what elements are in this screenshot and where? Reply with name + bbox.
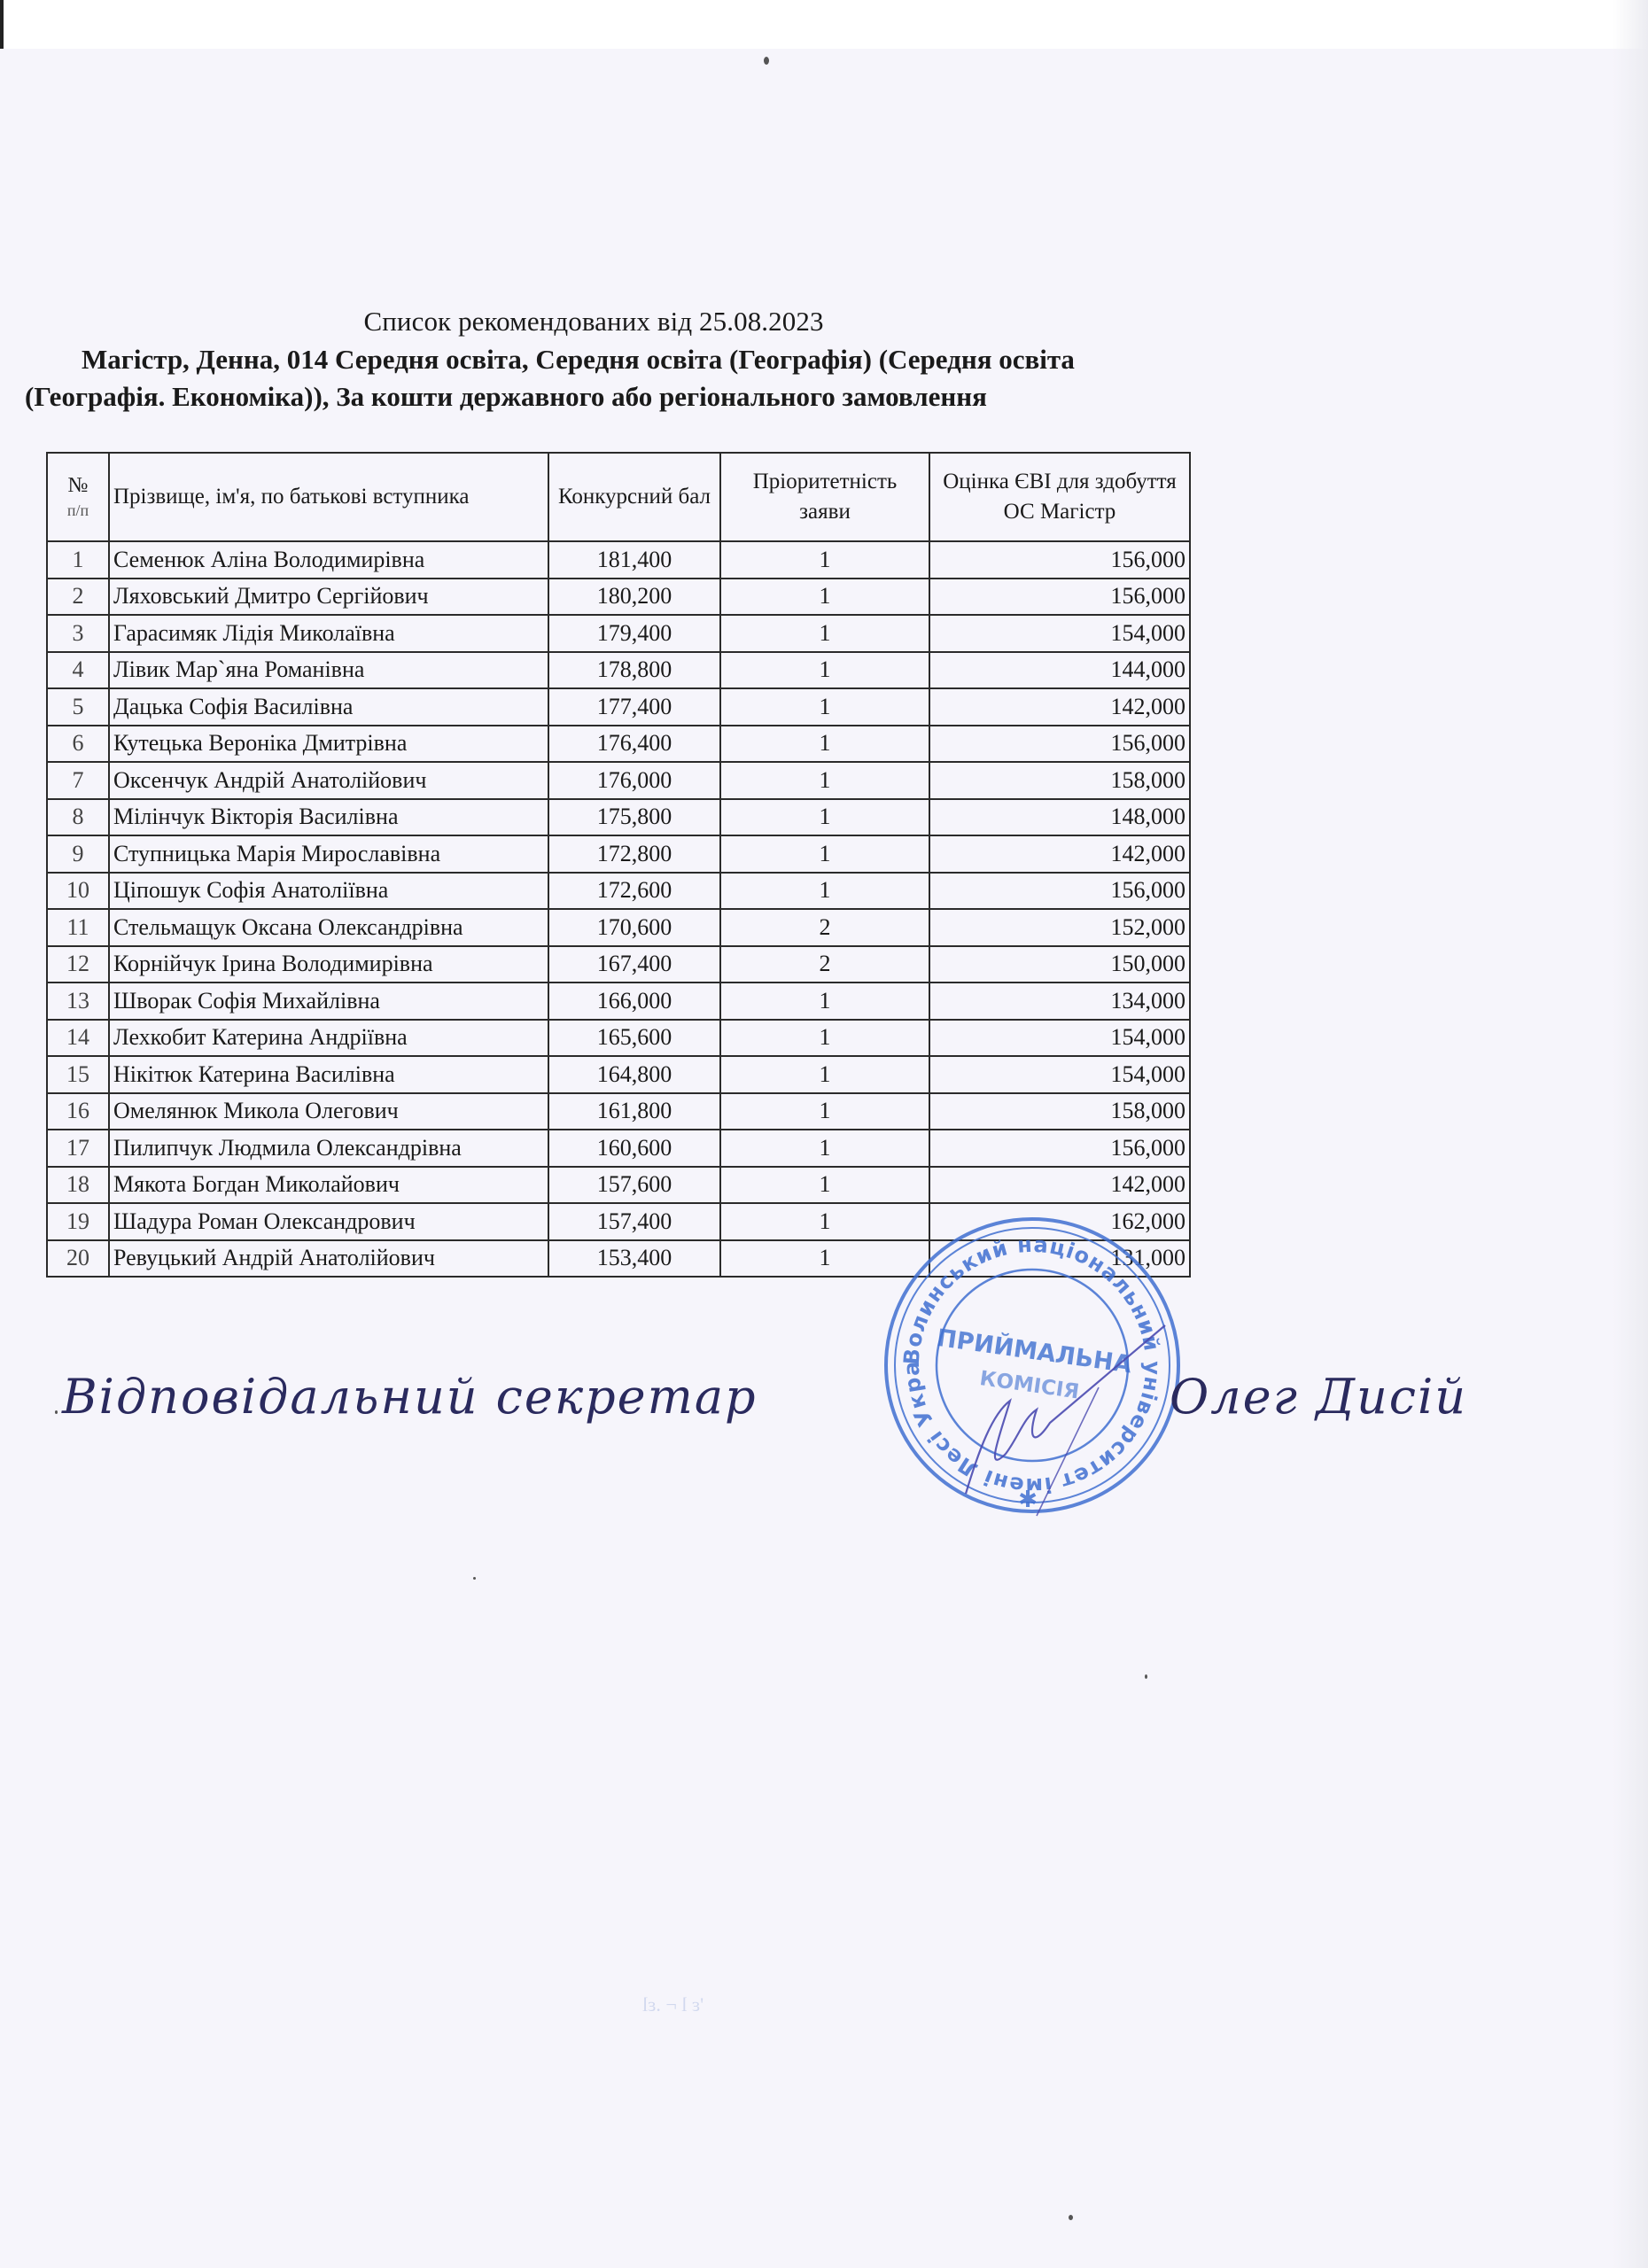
applicant-name: Ціпошук Софія Анатоліївна — [109, 873, 548, 910]
applicant-name: Дацька Софія Василівна — [109, 688, 548, 726]
header-evi-score: Оцінка ЄВІ для здобуття ОС Магістр — [929, 453, 1190, 541]
table-row: 10Ціпошук Софія Анатоліївна172,6001156,0… — [47, 873, 1190, 910]
header-number: № п/п — [47, 453, 109, 541]
applicant-name: Шворак Софія Михайлівна — [109, 983, 548, 1020]
row-number: 13 — [47, 983, 109, 1020]
application-priority: 1 — [720, 1093, 929, 1130]
header-evi-score-label: Оцінка ЄВІ для здобуття ОС Магістр — [943, 470, 1177, 524]
competitive-score: 176,000 — [548, 762, 720, 799]
application-priority: 1 — [720, 1056, 929, 1093]
row-number: 17 — [47, 1130, 109, 1167]
applicant-name: Шадура Роман Олександрович — [109, 1203, 548, 1240]
evi-score: 142,000 — [929, 835, 1190, 873]
row-number: 3 — [47, 615, 109, 652]
scanner-edge — [0, 0, 4, 49]
table-row: 18Мякота Богдан Миколайович157,6001142,0… — [47, 1167, 1190, 1204]
applicant-name: Гарасимяк Лідія Миколаївна — [109, 615, 548, 652]
application-priority: 1 — [720, 762, 929, 799]
applicant-name: Корнійчук Ірина Володимирівна — [109, 946, 548, 983]
applicant-name: Пилипчук Людмила Олександрівна — [109, 1130, 548, 1167]
header-priority: Пріоритетність заяви — [720, 453, 929, 541]
table-row: 2Ляховський Дмитро Сергійович180,2001156… — [47, 579, 1190, 616]
header-number-symbol: № — [51, 472, 105, 499]
table-row: 5Дацька Софія Василівна177,4001142,000 — [47, 688, 1190, 726]
table-body: 1Семенюк Аліна Володимирівна181,4001156,… — [47, 541, 1190, 1277]
application-priority: 1 — [720, 1167, 929, 1204]
table-row: 7Оксенчук Андрій Анатолійович176,0001158… — [47, 762, 1190, 799]
application-priority: 1 — [720, 652, 929, 689]
row-number: 10 — [47, 873, 109, 910]
table-row: 8Мілінчук Вікторія Василівна175,8001148,… — [47, 799, 1190, 836]
competitive-score: 181,400 — [548, 541, 720, 579]
evi-score: 134,000 — [929, 983, 1190, 1020]
evi-score: 148,000 — [929, 799, 1190, 836]
show-through-mark: 'ɛ l ⌐ .ɛl — [642, 1993, 704, 2016]
document-title: Список рекомендованих від 25.08.2023 — [0, 306, 1187, 338]
application-priority: 1 — [720, 983, 929, 1020]
table-row: 17Пилипчук Людмила Олександрівна160,6001… — [47, 1130, 1190, 1167]
stamp-star-icon: ✱ — [1018, 1487, 1038, 1513]
competitive-score: 167,400 — [548, 946, 720, 983]
evi-score: 142,000 — [929, 688, 1190, 726]
evi-score: 154,000 — [929, 1020, 1190, 1057]
competitive-score: 166,000 — [548, 983, 720, 1020]
header-full-name: Прізвище, ім'я, по батькові вступника — [109, 453, 548, 541]
row-number: 19 — [47, 1203, 109, 1240]
header-number-sub: п/п — [51, 499, 105, 522]
application-priority: 1 — [720, 1020, 929, 1057]
application-priority: 1 — [720, 835, 929, 873]
applicant-name: Ревуцький Андрій Анатолійович — [109, 1240, 548, 1278]
table-row: 16Омелянюк Микола Олегович161,8001158,00… — [47, 1093, 1190, 1130]
application-priority: 1 — [720, 615, 929, 652]
application-priority: 1 — [720, 1130, 929, 1167]
evi-score: 156,000 — [929, 579, 1190, 616]
row-number: 15 — [47, 1056, 109, 1093]
recommended-applicants-table: № п/п Прізвище, ім'я, по батькові вступн… — [46, 452, 1191, 1278]
competitive-score: 157,600 — [548, 1167, 720, 1204]
application-priority: 1 — [720, 688, 929, 726]
table-row: 14Лехкобит Катерина Андріївна165,6001154… — [47, 1020, 1190, 1057]
competitive-score: 160,600 — [548, 1130, 720, 1167]
evi-score: 156,000 — [929, 873, 1190, 910]
applicant-name: Лехкобит Катерина Андріївна — [109, 1020, 548, 1057]
evi-score: 142,000 — [929, 1167, 1190, 1204]
evi-score: 158,000 — [929, 762, 1190, 799]
row-number: 20 — [47, 1240, 109, 1278]
scan-speck — [1145, 1674, 1147, 1679]
applicant-name: Кутецька Вероніка Дмитрівна — [109, 726, 548, 763]
table-row: 6Кутецька Вероніка Дмитрівна176,4001156,… — [47, 726, 1190, 763]
row-number: 18 — [47, 1167, 109, 1204]
row-number: 14 — [47, 1020, 109, 1057]
signature-line: Відповідальний секретар Олег Дисій — [62, 1369, 1480, 1449]
competitive-score: 157,400 — [548, 1203, 720, 1240]
row-number: 16 — [47, 1093, 109, 1130]
evi-score: 156,000 — [929, 541, 1190, 579]
competitive-score: 172,800 — [548, 835, 720, 873]
table-header-row: № п/п Прізвище, ім'я, по батькові вступн… — [47, 453, 1190, 541]
row-number: 2 — [47, 579, 109, 616]
applicant-name: Омелянюк Микола Олегович — [109, 1093, 548, 1130]
table-row: 11Стельмащук Оксана Олександрівна170,600… — [47, 909, 1190, 946]
application-priority: 1 — [720, 579, 929, 616]
evi-score: 156,000 — [929, 1130, 1190, 1167]
applicant-name: Нікітюк Катерина Василівна — [109, 1056, 548, 1093]
applicant-name: Ступницька Марія Мирославівна — [109, 835, 548, 873]
competitive-score: 165,600 — [548, 1020, 720, 1057]
competitive-score: 180,200 — [548, 579, 720, 616]
competitive-score: 164,800 — [548, 1056, 720, 1093]
evi-score: 150,000 — [929, 946, 1190, 983]
application-priority: 1 — [720, 541, 929, 579]
evi-score: 152,000 — [929, 909, 1190, 946]
table-row: 4Лівик Мар`яна Романівна178,8001144,000 — [47, 652, 1190, 689]
application-priority: 2 — [720, 946, 929, 983]
scan-speck — [473, 1577, 476, 1580]
row-number: 1 — [47, 541, 109, 579]
signatory-role: Відповідальний секретар — [62, 1369, 758, 1425]
competitive-score: 175,800 — [548, 799, 720, 836]
evi-score: 144,000 — [929, 652, 1190, 689]
table-row: 12Корнійчук Ірина Володимирівна167,40021… — [47, 946, 1190, 983]
scan-speck — [55, 1410, 58, 1414]
table-row: 1Семенюк Аліна Володимирівна181,4001156,… — [47, 541, 1190, 579]
applicant-name: Мякота Богдан Миколайович — [109, 1167, 548, 1204]
competitive-score: 176,400 — [548, 726, 720, 763]
competitive-score: 177,400 — [548, 688, 720, 726]
signatory-name: Олег Дисій — [1170, 1369, 1467, 1425]
scan-speck — [764, 57, 769, 65]
scanner-strip — [0, 0, 1648, 49]
header-competitive-score-label: Конкурсний бал — [558, 485, 711, 509]
table-row: 13Шворак Софія Михайлівна166,0001134,000 — [47, 983, 1190, 1020]
evi-score: 154,000 — [929, 615, 1190, 652]
page-edge-shadow — [1613, 0, 1648, 2268]
document-subtitle: Магістр, Денна, 014 Середня освіта, Сере… — [25, 341, 1194, 416]
scan-speck — [1069, 2215, 1073, 2220]
table-row: 15Нікітюк Катерина Василівна164,8001154,… — [47, 1056, 1190, 1093]
applicant-name: Лівик Мар`яна Романівна — [109, 652, 548, 689]
row-number: 11 — [47, 909, 109, 946]
applicant-name: Мілінчук Вікторія Василівна — [109, 799, 548, 836]
applicant-name: Стельмащук Оксана Олександрівна — [109, 909, 548, 946]
evi-score: 154,000 — [929, 1056, 1190, 1093]
application-priority: 1 — [720, 726, 929, 763]
competitive-score: 172,600 — [548, 873, 720, 910]
header-priority-label: Пріоритетність заяви — [753, 470, 898, 524]
row-number: 9 — [47, 835, 109, 873]
row-number: 8 — [47, 799, 109, 836]
applicant-name: Оксенчук Андрій Анатолійович — [109, 762, 548, 799]
table-row: 3Гарасимяк Лідія Миколаївна179,4001154,0… — [47, 615, 1190, 652]
row-number: 6 — [47, 726, 109, 763]
application-priority: 2 — [720, 909, 929, 946]
row-number: 4 — [47, 652, 109, 689]
admission-committee-stamp: Волинський національний університет імен… — [877, 1210, 1187, 1520]
header-competitive-score: Конкурсний бал — [548, 453, 720, 541]
competitive-score: 178,800 — [548, 652, 720, 689]
competitive-score: 179,400 — [548, 615, 720, 652]
applicant-name: Ляховський Дмитро Сергійович — [109, 579, 548, 616]
application-priority: 1 — [720, 873, 929, 910]
row-number: 12 — [47, 946, 109, 983]
competitive-score: 153,400 — [548, 1240, 720, 1278]
evi-score: 158,000 — [929, 1093, 1190, 1130]
applicant-name: Семенюк Аліна Володимирівна — [109, 541, 548, 579]
row-number: 7 — [47, 762, 109, 799]
evi-score: 156,000 — [929, 726, 1190, 763]
competitive-score: 170,600 — [548, 909, 720, 946]
application-priority: 1 — [720, 799, 929, 836]
competitive-score: 161,800 — [548, 1093, 720, 1130]
row-number: 5 — [47, 688, 109, 726]
table-row: 9Ступницька Марія Мирославівна172,800114… — [47, 835, 1190, 873]
